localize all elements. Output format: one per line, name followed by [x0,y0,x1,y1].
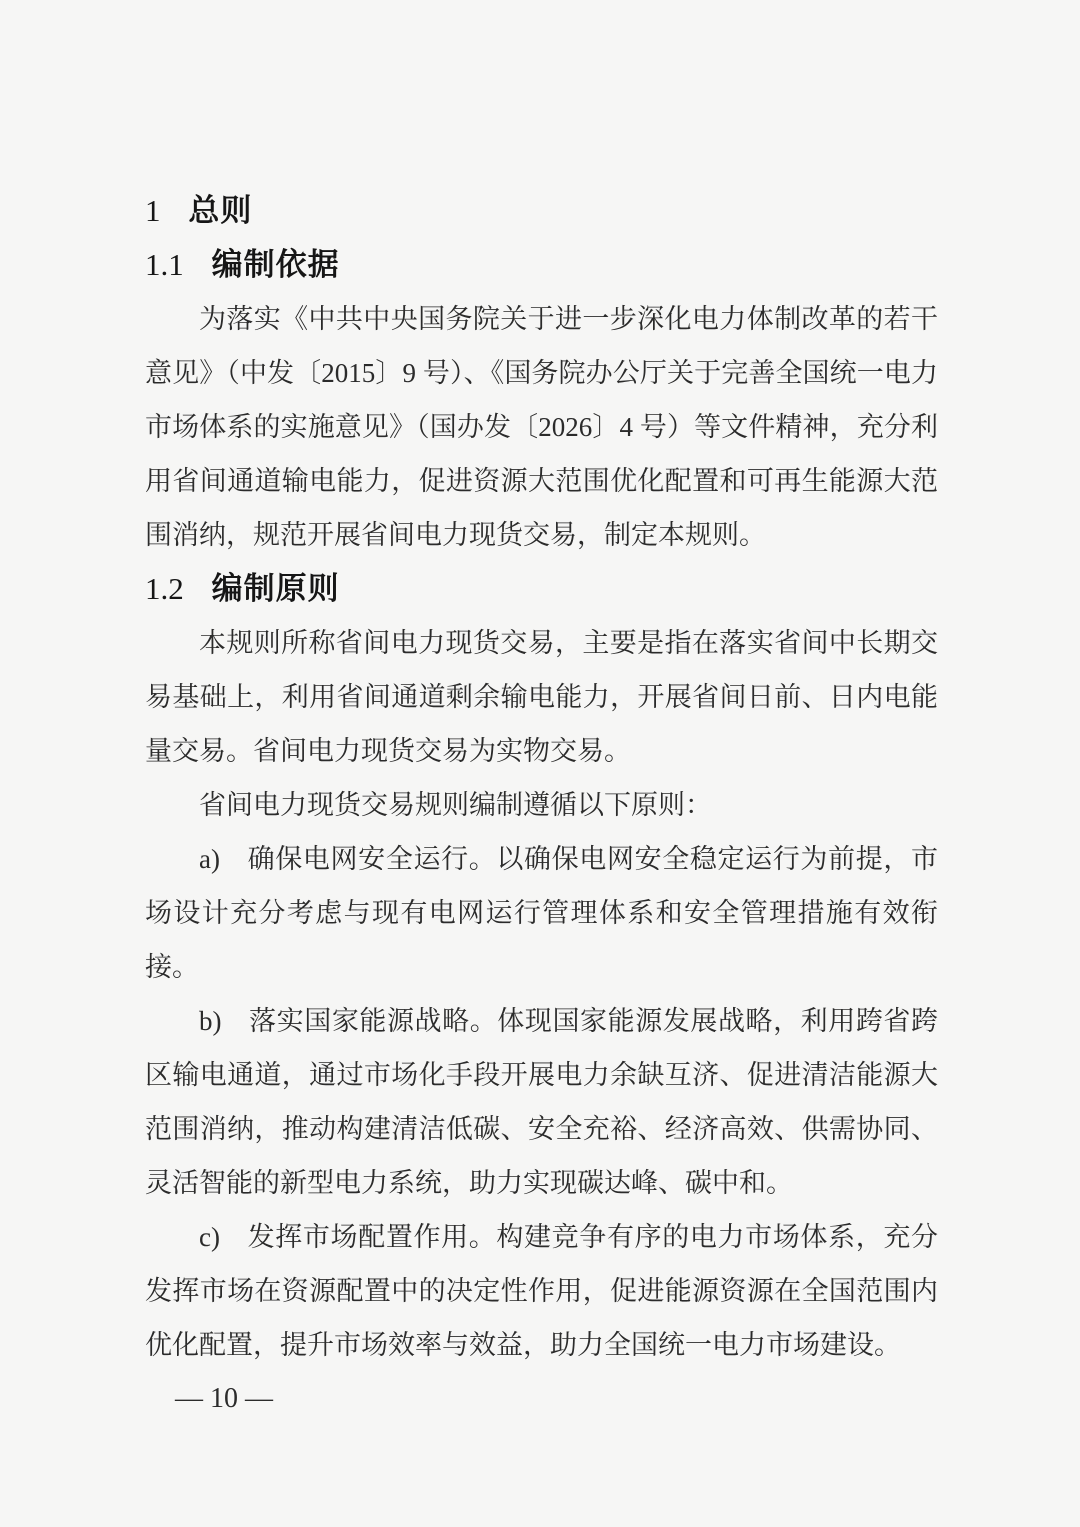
section-1-2-number: 1.2 [145,571,184,606]
item-b-text: 落实国家能源战略。体现国家能源发展战略，利用跨省跨区输电通道，通过市场化手段开展… [145,1006,938,1198]
item-c-text: 发挥市场配置作用。构建竞争有序的电力市场体系，充分发挥市场在资源配置中的决定性作… [145,1222,938,1360]
paragraph-basis: 为落实《中共中央国务院关于进一步深化电力体制改革的若干意见》（中发〔2015〕9… [145,292,938,562]
chapter-number: 1 [145,193,161,228]
chapter-title: 总则 [188,193,252,228]
item-c-marker: c) [199,1210,220,1264]
section-1-1-title: 编制依据 [212,247,340,282]
page-number: — 10 — [145,1372,938,1426]
section-heading-1-2: 1.2编制原则 [145,562,938,616]
item-b-marker: b) [199,994,222,1048]
item-a-text: 确保电网安全运行。以确保电网安全稳定运行为前提，市场设计充分考虑与现有电网运行管… [145,844,938,982]
principle-item-c: c)发挥市场配置作用。构建竞争有序的电力市场体系，充分发挥市场在资源配置中的决定… [145,1210,938,1372]
paragraph-principles-intro: 省间电力现货交易规则编制遵循以下原则： [145,778,938,832]
chapter-heading: 1总则 [145,184,938,238]
document-page: 1总则 1.1编制依据 为落实《中共中央国务院关于进一步深化电力体制改革的若干意… [0,0,1080,1527]
principle-item-a: a)确保电网安全运行。以确保电网安全稳定运行为前提，市场设计充分考虑与现有电网运… [145,832,938,994]
section-1-2-title: 编制原则 [212,571,340,606]
section-heading-1-1: 1.1编制依据 [145,238,938,292]
principle-item-b: b)落实国家能源战略。体现国家能源发展战略，利用跨省跨区输电通道，通过市场化手段… [145,994,938,1210]
section-1-1-number: 1.1 [145,247,184,282]
paragraph-definition: 本规则所称省间电力现货交易，主要是指在落实省间中长期交易基础上，利用省间通道剩余… [145,616,938,778]
item-a-marker: a) [199,832,220,886]
